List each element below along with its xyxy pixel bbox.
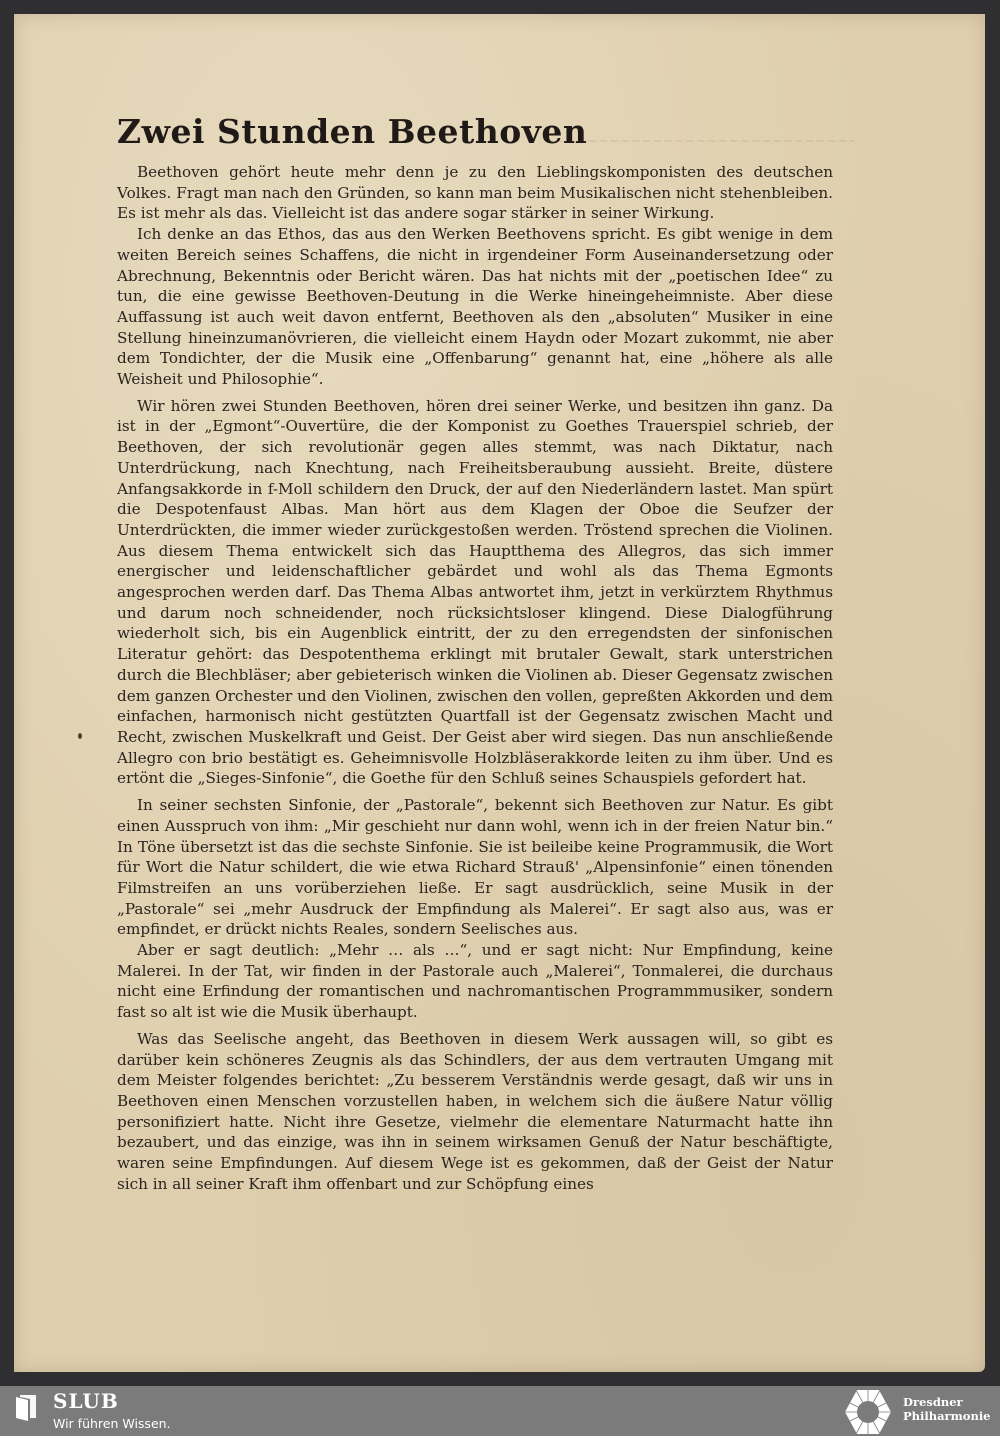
slub-tagline: Wir führen Wissen. xyxy=(53,1416,171,1431)
paragraph-5: Aber er sagt deutlich: „Mehr … als …“, u… xyxy=(117,940,833,1023)
paragraph-4: In seiner sechsten Sinfonie, der „Pastor… xyxy=(117,795,833,940)
dresdner-philharmonie-sunburst-icon xyxy=(843,1388,893,1436)
dresdner-philharmonie-name: Dresdner Philharmonie xyxy=(903,1395,991,1423)
margin-ink-spot xyxy=(78,733,82,739)
paragraph-3: Wir hören zwei Stunden Beethoven, hören … xyxy=(117,396,833,789)
article-title: Zwei Stunden Beethoven xyxy=(117,112,833,152)
footer-bar: SLUB Wir führen Wissen. Dresdner Philhar… xyxy=(0,1386,1000,1436)
slub-name: SLUB xyxy=(53,1389,119,1413)
paragraph-6: Was das Seelische angeht, das Beethoven … xyxy=(117,1029,833,1195)
paragraph-1: Beethoven gehört heute mehr denn je zu d… xyxy=(117,162,833,224)
slub-book-icon xyxy=(14,1394,40,1422)
paragraph-2: Ich denke an das Ethos, das aus den Werk… xyxy=(117,224,833,390)
article: Zwei Stunden Beethoven Beethoven gehört … xyxy=(117,112,833,1194)
